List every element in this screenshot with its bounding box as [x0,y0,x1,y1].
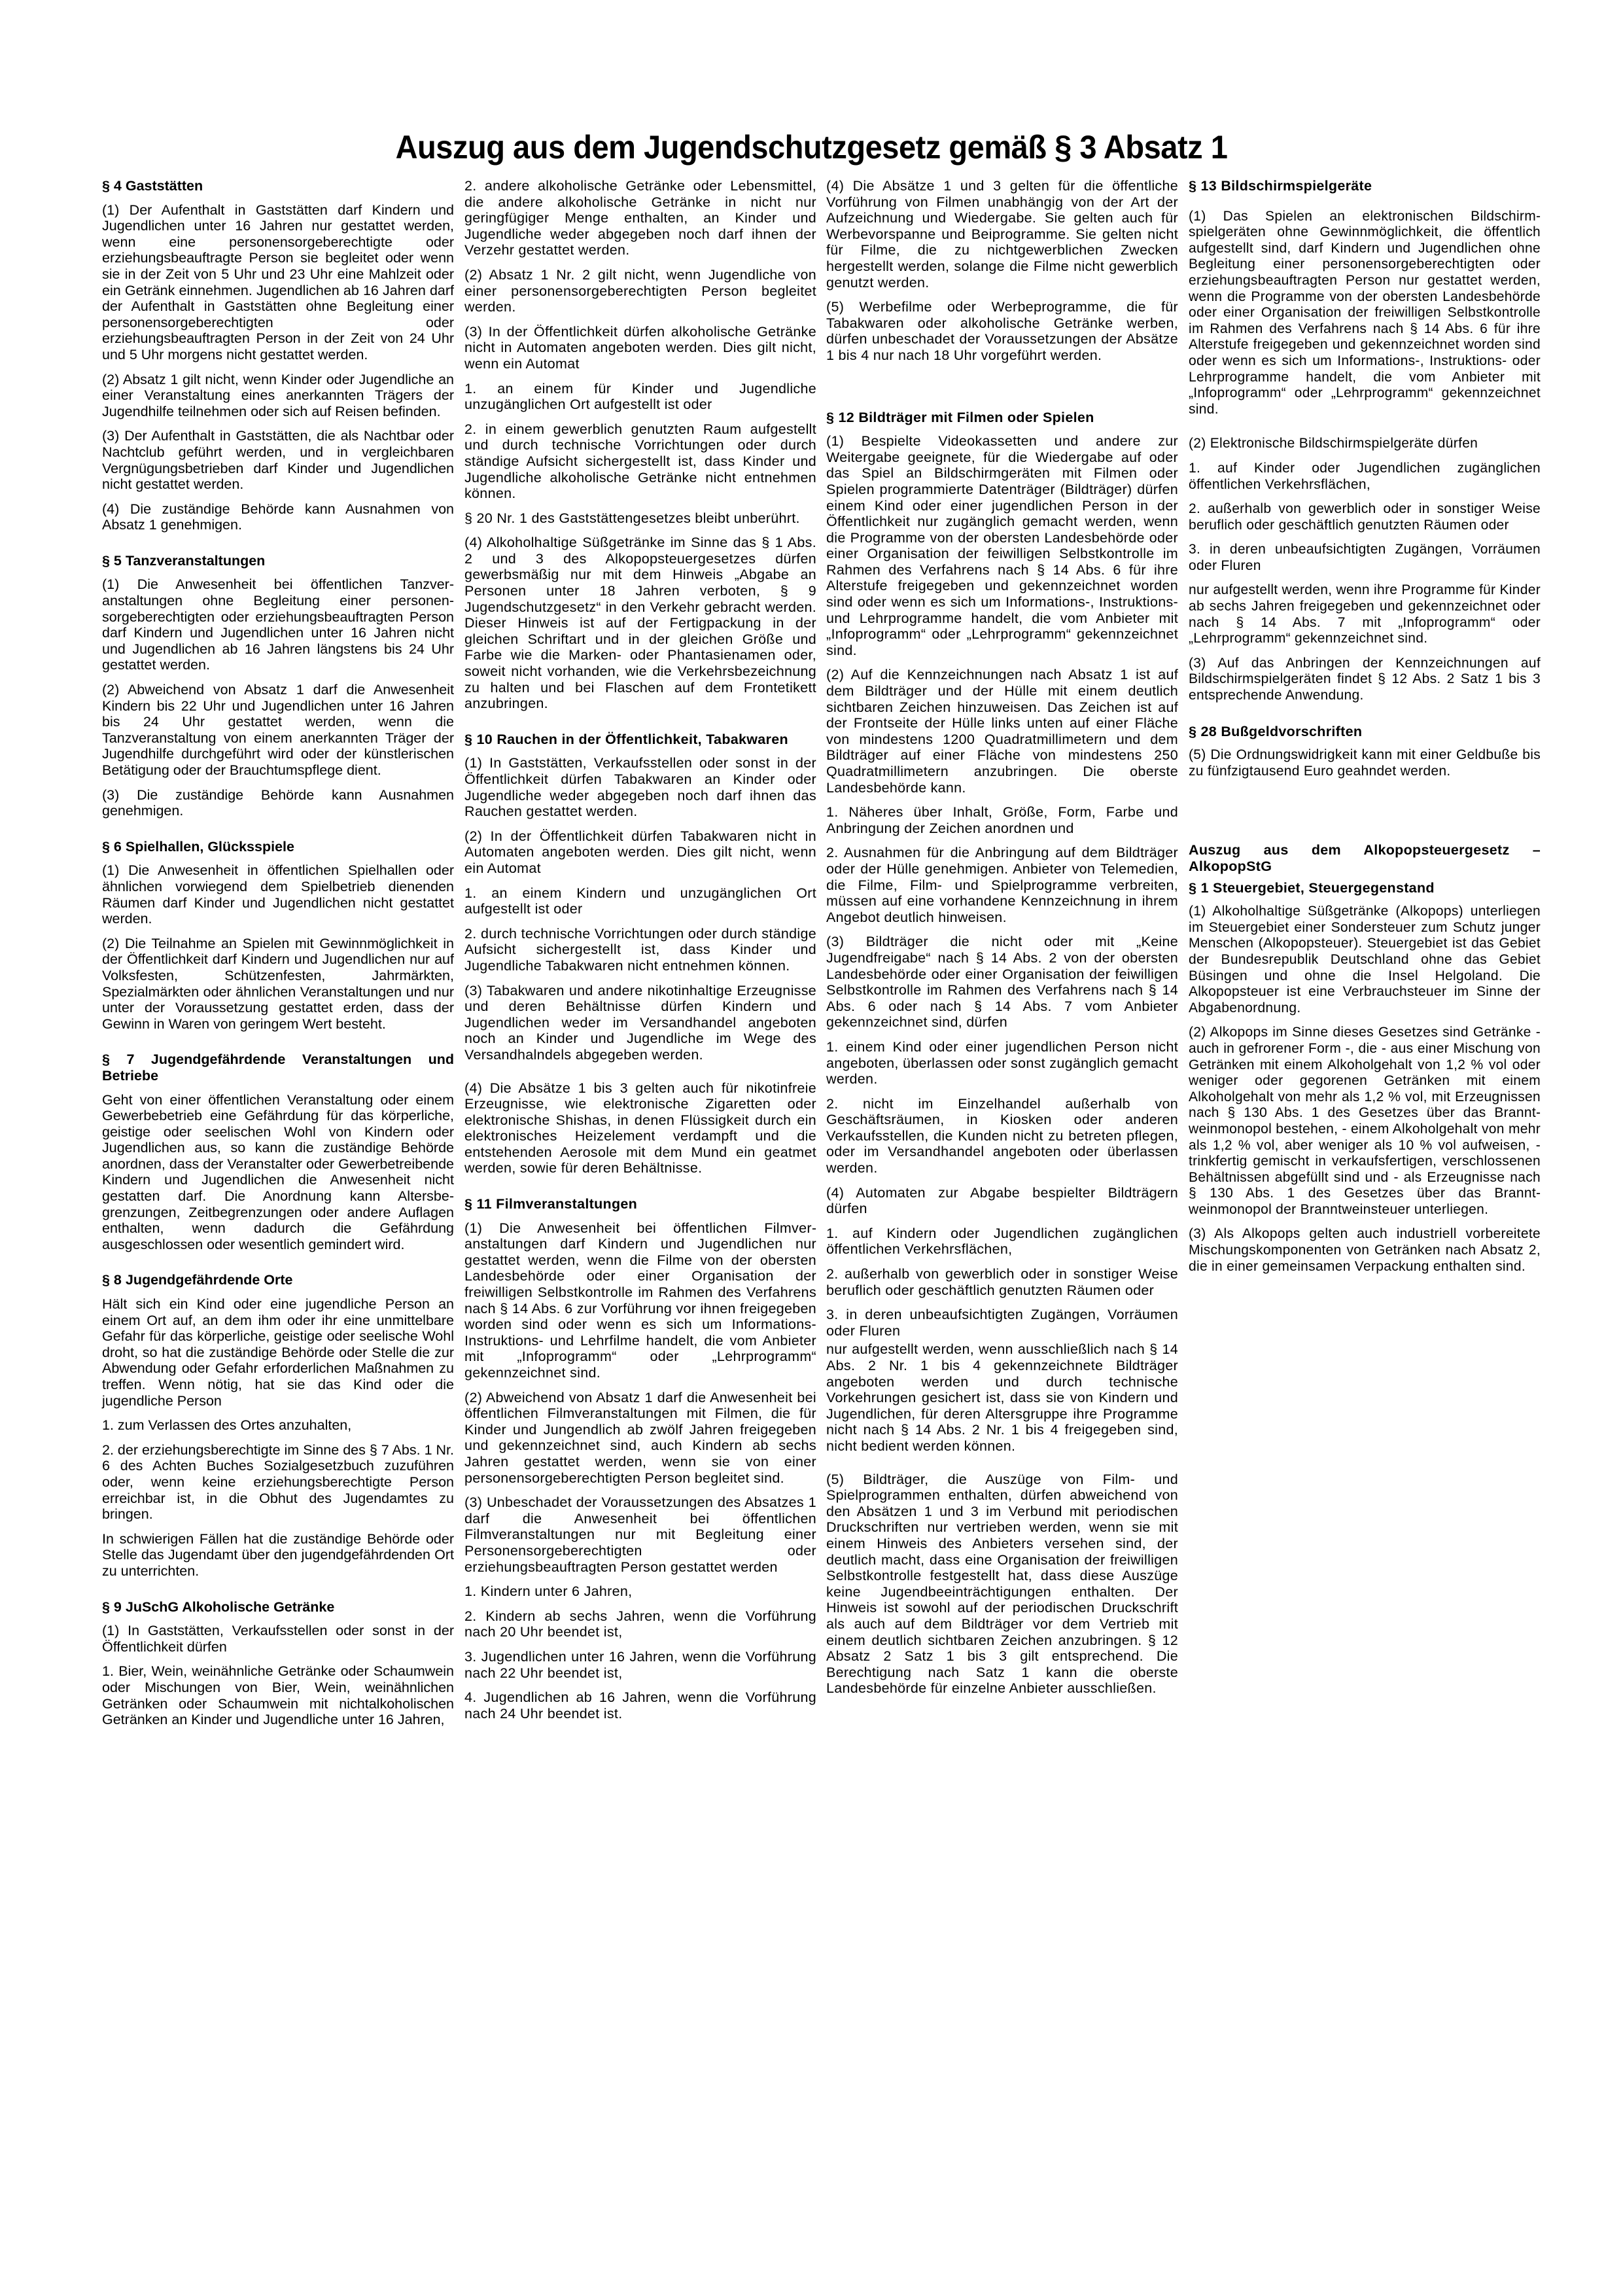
list-item: 2. außerhalb von gewerblich oder in sons… [826,1266,1178,1298]
paragraph: (4) Die zuständige Behörde kann Ausnahme… [102,501,454,533]
paragraph: (3) Unbeschadet der Voraussetzungen des … [464,1494,816,1575]
list-item: 1. zum Verlassen des Ortes anzuhalten, [102,1417,454,1434]
paragraph: § 20 Nr. 1 des Gaststättengesetzes bleib… [464,510,816,527]
paragraph: (5) Bildträger, die Auszüge von Film- un… [826,1472,1178,1697]
section-heading: § 1 Steuergebiet, Steuergegenstand [1189,880,1541,896]
paragraph: (3) Die zuständige Behörde kann Ausnahme… [102,787,454,819]
list-item: 1. Näheres über Inhalt, Größe, Form, Far… [826,804,1178,836]
column-1: § 4 Gaststätten (1) Der Aufenthalt in Ga… [102,178,454,1737]
paragraph: (2) Elektronische Bildschirmspielgeräte … [1189,436,1541,452]
list-item: 2. Ausnahmen für die Anbringung auf dem … [826,845,1178,925]
list-item: 2. durch technische Vorrichtungen oder d… [464,926,816,974]
section-12-bildtraeger: § 12 Bildträger mit Filmen oder Spielen … [826,410,1178,1697]
paragraph: (2) Alkopops im Sinne dieses Gesetzes si… [1189,1025,1541,1218]
section-28-bussgeldvorschriften: § 28 Bußgeldvorschriften (5) Die Ordnung… [1189,724,1541,780]
paragraph: Hält sich ein Kind oder eine jugendliche… [102,1296,454,1409]
section-heading: § 12 Bildträger mit Filmen oder Spielen [826,410,1178,426]
section-6-spielhallen: § 6 Spielhallen, Glücksspiele (1) Die An… [102,839,454,1033]
section-heading: § 11 Filmveranstaltungen [464,1196,816,1212]
paragraph: (2) Abweichend von Absatz 1 darf die Anw… [464,1390,816,1487]
section-heading: § 9 JuSchG Alkoholische Getränke [102,1599,454,1616]
law-heading: Auszug aus dem Alkopopsteuergesetz – Alk… [1189,842,1541,874]
paragraph: (2) In der Öffentlichkeit dürfen Tabakwa… [464,828,816,877]
section-heading: § 6 Spielhallen, Glücksspiele [102,839,454,855]
paragraph: (5) Werbefilme oder Werbeprogramme, die … [826,299,1178,363]
paragraph: (2) Die Teilnahme an Spielen mit Gewinnm… [102,936,454,1033]
paragraph: (1) Der Aufenthalt in Gaststätten darf K… [102,202,454,363]
list-item: 2. außerhalb von gewerblich oder in sons… [1189,501,1541,533]
paragraph: nur aufgestellt werden, wenn ausschließl… [826,1341,1178,1454]
document-title: Auszug aus dem Jugendschutzgesetz gemäß … [48,128,1574,166]
paragraph: (1) In Gaststätten, Verkaufsstellen oder… [464,755,816,819]
list-item: 2. andere alkoholische Getränke oder Leb… [464,178,816,258]
section-11-continued: (4) Die Absätze 1 und 3 gelten für die ö… [826,178,1178,364]
paragraph: (3) Tabakwaren und andere nikotinhaltige… [464,983,816,1063]
paragraph: (4) Die Absätze 1 und 3 gelten für die ö… [826,178,1178,291]
paragraph: (2) Absatz 1 gilt nicht, wenn Kinder ode… [102,372,454,420]
list-item: 1. an einem Kindern und unzugänglichen O… [464,885,816,917]
paragraph: In schwierigen Fällen hat die zuständige… [102,1531,454,1580]
list-item: 2. in einem gewerblich genutzten Raum au… [464,421,816,502]
section-heading: § 28 Bußgeldvorschriften [1189,724,1541,740]
list-item: 1. Bier, Wein, weinähnliche Getränke ode… [102,1663,454,1727]
section-heading: § 4 Gaststätten [102,178,454,194]
paragraph: (5) Die Ordnungswidrigkeit kann mit eine… [1189,747,1541,779]
paragraph: (3) Bildträger die nicht oder mit „Keine… [826,934,1178,1031]
paragraph: (4) Die Absätze 1 bis 3 gelten auch für … [464,1080,816,1177]
paragraph: (4) Alkoholhaltige Süßgetränke im Sinne … [464,535,816,712]
list-item: 3. in deren unbeaufsichtigten Zugängen, … [1189,542,1541,574]
list-item: 1. Kindern unter 6 Jahren, [464,1583,816,1600]
list-item: 2. Kindern ab sechs Jahren, wenn die Vor… [464,1608,816,1640]
list-item: 1. auf Kindern oder Jugendlichen zugängl… [826,1226,1178,1258]
paragraph: (2) Auf die Kennzeichnungen nach Absatz … [826,667,1178,796]
section-heading: § 7 Jugendgefährdende Veranstaltungen un… [102,1051,454,1084]
section-9-alkoholische-getraenke: § 9 JuSchG Alkoholische Getränke (1) In … [102,1599,454,1728]
section-heading: § 13 Bildschirmspielgeräte [1189,178,1541,194]
section-13-bildschirmspielgeraete: § 13 Bildschirmspielgeräte (1) Das Spiel… [1189,178,1541,704]
section-8-jugendgefaehrdende-orte: § 8 Jugendgefährdende Orte Hält sich ein… [102,1272,454,1579]
section-heading: § 5 Tanzveranstaltungen [102,553,454,569]
section-alkopopsteuergesetz: Auszug aus dem Alkopopsteuergesetz – Alk… [1189,842,1541,1275]
section-4-gaststaetten: § 4 Gaststätten (1) Der Aufenthalt in Ga… [102,178,454,533]
column-2: 2. andere alkoholische Getränke oder Leb… [464,178,816,1730]
paragraph: (2) Abweichend von Absatz 1 darf die Anw… [102,682,454,779]
column-3: (4) Die Absätze 1 und 3 gelten für die ö… [826,178,1178,1705]
section-heading: § 8 Jugendgefährdende Orte [102,1272,454,1288]
list-item: 1. einem Kind oder einer jugendlichen Pe… [826,1039,1178,1087]
paragraph: (3) Auf das Anbringen der Kennzeichnunge… [1189,656,1541,704]
list-item: 3. in deren unbeaufsichtigten Zugängen, … [826,1307,1178,1339]
paragraph: Geht von einer öffentlichen Veranstaltun… [102,1092,454,1253]
column-4: § 13 Bildschirmspielgeräte (1) Das Spiel… [1189,178,1541,1283]
section-7-jugendgefaehrdende-veranstaltungen: § 7 Jugendgefährdende Veranstaltungen un… [102,1051,454,1252]
paragraph: (1) Die Anwesenheit in öffentlichen Spie… [102,862,454,927]
list-item: 3. Jugendlichen unter 16 Jahren, wenn di… [464,1649,816,1681]
paragraph: nur aufgestellt werden, wenn ihre Progra… [1189,582,1541,646]
paragraph: (1) Die Anwesenheit bei öffentlichen Tan… [102,576,454,673]
paragraph: (3) Als Alkopops gelten auch industriell… [1189,1226,1541,1275]
paragraph: (1) Bespielte Videokassetten und andere … [826,433,1178,658]
list-item: 2. der erziehungsberechtigte im Sinne de… [102,1442,454,1523]
paragraph: (1) Alkoholhaltige Süßgetränke (Alkopops… [1189,904,1541,1016]
section-11-filmveranstaltungen: § 11 Filmveranstaltungen (1) Die Anwesen… [464,1196,816,1722]
paragraph: (1) Die Anwesenheit bei öffentlichen Fil… [464,1220,816,1381]
list-item: 2. nicht im Einzelhandel außerhalb von G… [826,1096,1178,1176]
paragraph: (1) Das Spielen an elektronischen Bildsc… [1189,209,1541,418]
section-5-tanzveranstaltungen: § 5 Tanzveranstaltungen (1) Die Anwesenh… [102,553,454,819]
paragraph: (2) Absatz 1 Nr. 2 gilt nicht, wenn Juge… [464,267,816,315]
section-heading: § 10 Rauchen in der Öffentlichkeit, Taba… [464,732,816,748]
section-9-continued: 2. andere alkoholische Getränke oder Leb… [464,178,816,712]
paragraph: (3) Der Aufenthalt in Gaststätten, die a… [102,428,454,492]
list-item: 1. auf Kinder oder Jugendlichen zugängli… [1189,461,1541,493]
paragraph: (4) Automaten zur Abgabe bespielter Bild… [826,1185,1178,1217]
list-item: 1. an einem für Kinder und Jugendliche u… [464,381,816,413]
paragraph: (1) In Gaststätten, Verkaufsstellen oder… [102,1623,454,1655]
paragraph: (3) In der Öffentlichkeit dürfen alkohol… [464,324,816,372]
list-item: 4. Jugendlichen ab 16 Jahren, wenn die V… [464,1689,816,1722]
section-10-rauchen: § 10 Rauchen in der Öffentlichkeit, Taba… [464,732,816,1176]
